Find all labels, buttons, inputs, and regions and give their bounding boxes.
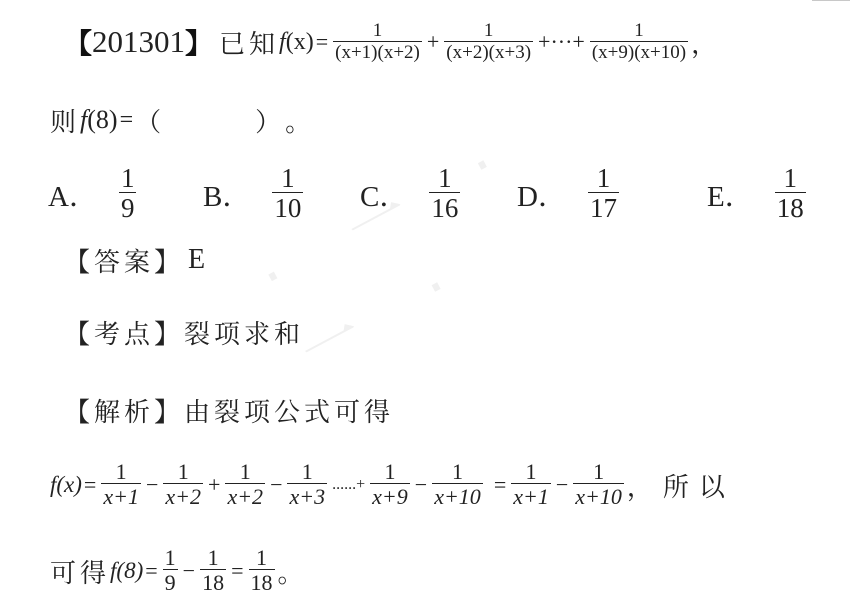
option-b: B． 110 [203,164,360,224]
question-lead: 已知 [219,24,279,61]
option-d: D． 117 [517,164,707,224]
answer-blank: （ ） [135,102,285,139]
answer-line: 【答案】 E [64,242,205,278]
answer-tag: 【答案】 [64,242,184,279]
analysis-tag: 【解析】 [64,392,184,429]
expansion-line: f(x) = 1x+1 − 1x+2 + 1x+2 − 1x+3 ......+… [50,456,735,514]
term-1: 1 (x+1)(x+2) [333,21,422,64]
question-line-2: 则 f (8) = （ ） 。 [50,100,315,140]
option-a: A． 19 [48,164,203,224]
answer-value: E [188,244,205,276]
func-var: (x) [286,29,314,56]
expansion-lhs: f(x) [50,472,82,498]
keypoint-line: 【考点】 裂项求和 [64,314,304,350]
question-id: 201301 [92,24,185,60]
ellipsis: +···+ [538,29,585,55]
option-c: C． 116 [360,164,517,224]
options-row: A． 19 B． 110 C． 116 D． 117 E． 118 [48,158,809,230]
analysis-intro: 由裂项公式可得 [184,392,394,429]
equals-sign: = [316,29,328,55]
keypoint-value: 裂项求和 [184,314,304,351]
line2-lead: 则 [50,102,80,139]
question-line-1: 【 201301 】 已知 f (x) = 1 (x+1)(x+2) + 1 (… [64,10,721,74]
keypoint-tag: 【考点】 [64,314,184,351]
expansion-tail: ，所以 [627,467,735,504]
id-bracket-close: 】 [185,22,213,62]
term-2: 1 (x+2)(x+3) [444,21,533,64]
top-edge-line [812,0,850,1]
id-bracket-open: 【 [64,22,92,62]
term-last: 1 (x+9)(x+10) [590,21,688,64]
final-line: 可得 f(8) = 19 − 118 = 118 。 [50,542,308,600]
func-name: f [279,29,286,56]
final-lead: 可得 [50,553,110,590]
analysis-line: 【解析】 由裂项公式可得 [64,392,394,428]
option-e: E． 118 [707,164,809,224]
